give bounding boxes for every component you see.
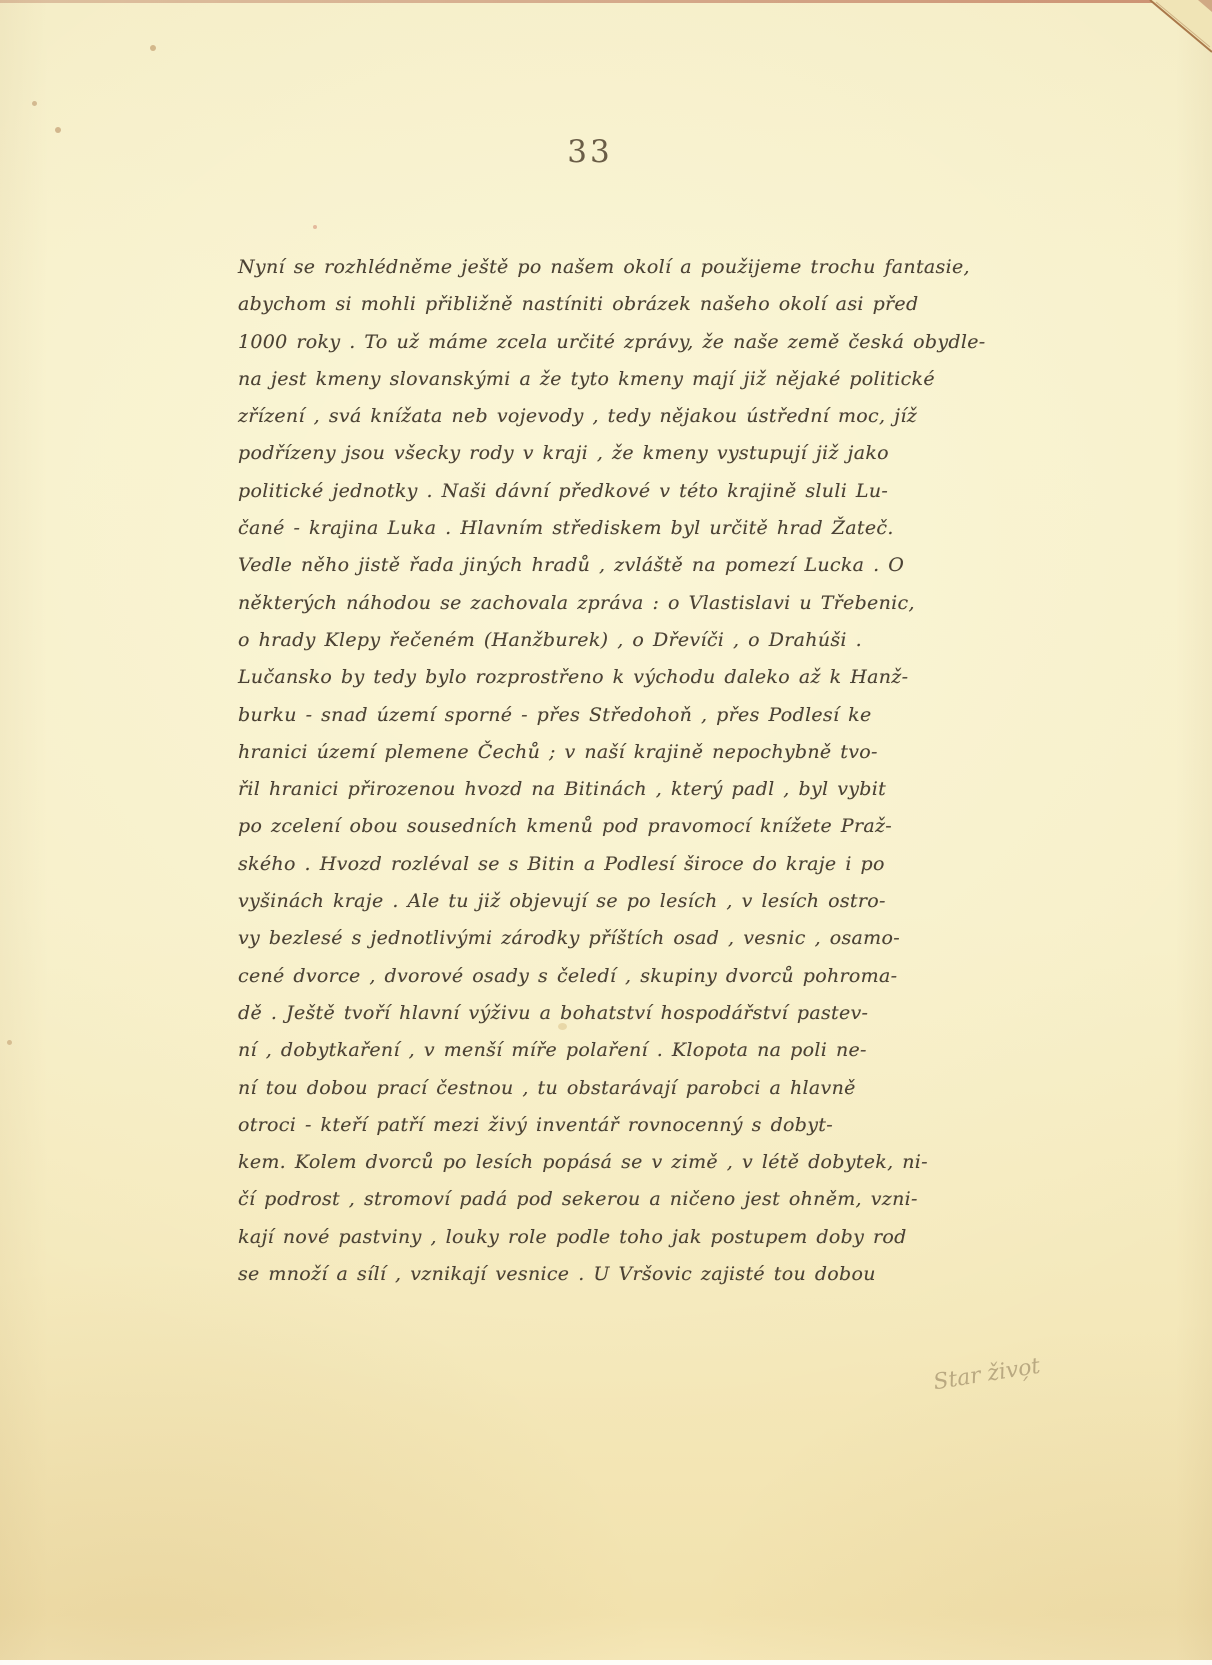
page-corner-fold-icon	[1140, 0, 1212, 62]
manuscript-line: politické jednotky . Naši dávní předkové…	[238, 473, 1028, 510]
foxing-spot	[32, 101, 37, 106]
manuscript-line: po zcelení obou sousedních kmenů pod pra…	[238, 808, 1028, 845]
manuscript-line: 1000 roky . To už máme zcela určité zprá…	[238, 324, 1028, 361]
manuscript-line: na jest kmeny slovanskými a že tyto kmen…	[238, 361, 1028, 398]
manuscript-line: burku - snad území sporné - přes Středoh…	[238, 697, 1028, 734]
pencil-annotation: Star živo̗t	[932, 1354, 1042, 1396]
manuscript-line: ní tou dobou prací čestnou , tu obstaráv…	[238, 1070, 1028, 1107]
manuscript-line: Lučansko by tedy bylo rozprostřeno k výc…	[238, 659, 1028, 696]
manuscript-line: zřízení , svá knížata neb vojevody , ted…	[238, 398, 1028, 435]
manuscript-line: podřízeny jsou všecky rody v kraji , že …	[238, 435, 1028, 472]
manuscript-page: 33 Nyní se rozhlédněme ještě po našem ok…	[0, 0, 1212, 1665]
manuscript-line: hranici území plemene Čechů ; v naší kra…	[238, 734, 1028, 771]
foxing-spot	[313, 225, 317, 229]
manuscript-line: ského . Hvozd rozléval se s Bitin a Podl…	[238, 846, 1028, 883]
manuscript-line: čané - krajina Luka . Hlavním střediskem…	[238, 510, 1028, 547]
foxing-spot	[55, 127, 61, 133]
manuscript-line: o hrady Klepy řečeném (Hanžburek) , o Dř…	[238, 622, 1028, 659]
manuscript-line: se množí a sílí , vznikají vesnice . U V…	[238, 1256, 1028, 1293]
page-number: 33	[0, 134, 1180, 170]
page-bottom-edge	[0, 1660, 1212, 1665]
manuscript-line: dě . Ještě tvoří hlavní výživu a bohatst…	[238, 995, 1028, 1032]
manuscript-line: vyšinách kraje . Ale tu již objevují se …	[238, 883, 1028, 920]
foxing-spot	[150, 45, 156, 51]
manuscript-line: kají nové pastviny , louky role podle to…	[238, 1219, 1028, 1256]
foxing-spot	[7, 1040, 12, 1045]
manuscript-line: vy bezlesé s jednotlivými zárodky příští…	[238, 920, 1028, 957]
manuscript-line: cené dvorce , dvorové osady s čeledí , s…	[238, 958, 1028, 995]
manuscript-line: Vedle něho jistě řada jiných hradů , zvl…	[238, 547, 1028, 584]
page-top-edge	[0, 0, 1212, 3]
manuscript-line: Nyní se rozhlédněme ještě po našem okolí…	[238, 249, 1028, 286]
manuscript-line: ní , dobytkaření , v menší míře polaření…	[238, 1032, 1028, 1069]
manuscript-line: řil hranici přirozenou hvozd na Bitinách…	[238, 771, 1028, 808]
manuscript-line: některých náhodou se zachovala zpráva : …	[238, 585, 1028, 622]
manuscript-line: abychom si mohli přibližně nastíniti obr…	[238, 286, 1028, 323]
manuscript-line: otroci - kteří patří mezi živý inventář …	[238, 1107, 1028, 1144]
manuscript-line: čí podrost , stromoví padá pod sekerou a…	[238, 1181, 1028, 1218]
manuscript-text-block: Nyní se rozhlédněme ještě po našem okolí…	[238, 249, 1028, 1293]
manuscript-line: kem. Kolem dvorců po lesích popásá se v …	[238, 1144, 1028, 1181]
